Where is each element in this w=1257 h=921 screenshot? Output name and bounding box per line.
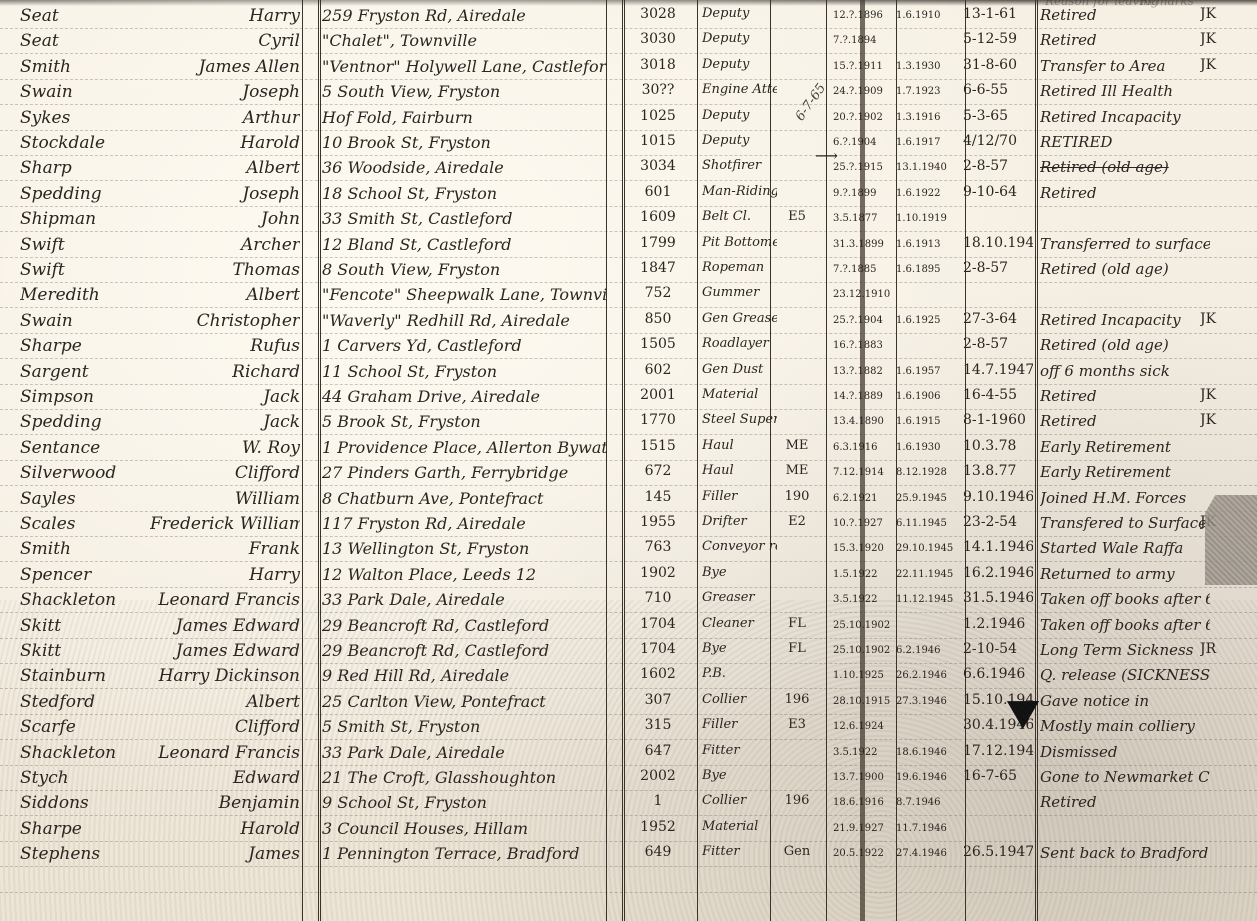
- address-cell: 10 Brook St, Fryston: [322, 133, 607, 152]
- forename-cell: Edward: [150, 768, 300, 788]
- address-cell: 13 Wellington St, Fryston: [322, 539, 607, 558]
- born-cell: 6.3.1916: [833, 442, 895, 453]
- left-cell: 8-1-1960: [963, 412, 1033, 428]
- ledger-row: SwiftArcher12 Bland St, Castleford1799Pi…: [0, 233, 1257, 259]
- entered-cell: 25.9.1945: [896, 493, 962, 504]
- number-cell: 1704: [622, 616, 694, 632]
- left-cell: 6-6-55: [963, 82, 1033, 98]
- ledger-row: StephensJames1 Pennington Terrace, Bradf…: [0, 842, 1257, 868]
- reason-cell: Retired Incapacity: [1040, 108, 1210, 126]
- born-cell: 24.?.1909: [833, 86, 895, 97]
- address-cell: 1 Providence Place, Allerton Bywater: [322, 438, 607, 457]
- ledger-row: ShackletonLeonard Francis33 Park Dale, A…: [0, 741, 1257, 767]
- grade-cell: FL: [774, 616, 820, 631]
- forename-cell: Rufus: [150, 336, 300, 356]
- ruled-line: [0, 892, 1257, 893]
- left-cell: 1.2.1946: [963, 616, 1033, 632]
- ledger-row: SeatCyril"Chalet", Townville3030Deputy7.…: [0, 29, 1257, 55]
- reason-cell: Retired: [1040, 6, 1210, 24]
- initials-cell: JR: [1200, 641, 1240, 657]
- born-cell: 6.2.1921: [833, 493, 895, 504]
- entered-cell: 26.2.1946: [896, 670, 962, 681]
- reason-cell: Transferred to surface: [1040, 235, 1210, 253]
- born-cell: 6.?.1904: [833, 137, 895, 148]
- born-cell: 12.6.1924: [833, 721, 895, 732]
- forename-cell: Leonard Francis: [150, 590, 300, 610]
- ledger-row: StockdaleHarold10 Brook St, Fryston1015D…: [0, 131, 1257, 157]
- number-cell: 1015: [622, 133, 694, 149]
- born-cell: 9.?.1899: [833, 188, 895, 199]
- address-cell: "Fencote" Sheepwalk Lane, Townville: [322, 285, 607, 304]
- born-cell: 10.?.1927: [833, 518, 895, 529]
- born-cell: 15.?.1911: [833, 61, 895, 72]
- entered-cell: 18.6.1946: [896, 747, 962, 758]
- grade-cell: FL: [774, 641, 820, 656]
- reason-cell: Gave notice in: [1040, 692, 1210, 710]
- occupation-cell: P.B.: [702, 666, 777, 681]
- entered-cell: 19.6.1946: [896, 772, 962, 783]
- address-cell: "Ventnor" Holywell Lane, Castleford: [322, 57, 607, 76]
- forename-cell: Clifford: [150, 717, 300, 737]
- born-cell: 25.10.1902: [833, 620, 895, 631]
- born-cell: 16.?.1883: [833, 340, 895, 351]
- ledger-row: ScarfeClifford5 Smith St, Fryston315Fill…: [0, 715, 1257, 741]
- born-cell: 3.5.1922: [833, 594, 895, 605]
- born-cell: 25.?.1915: [833, 162, 895, 173]
- occupation-cell: Drifter: [702, 514, 777, 529]
- ledger-row: SentanceW. Roy1 Providence Place, Allert…: [0, 436, 1257, 462]
- number-cell: 307: [622, 692, 694, 708]
- grade-cell: E3: [774, 717, 820, 732]
- occupation-cell: Deputy: [702, 133, 777, 148]
- number-cell: 1515: [622, 438, 694, 454]
- born-cell: 13.4.1890: [833, 416, 895, 427]
- ledger-row: SkittJames Edward29 Beancroft Rd, Castle…: [0, 614, 1257, 640]
- occupation-cell: Fitter: [702, 743, 777, 758]
- forename-cell: Cyril: [150, 31, 300, 51]
- reason-cell: Retired (old age): [1040, 336, 1210, 354]
- born-cell: 7.?.1885: [833, 264, 895, 275]
- reason-cell: Long Term Sickness: [1040, 641, 1210, 659]
- number-cell: 3018: [622, 57, 694, 73]
- forename-cell: William: [150, 489, 300, 509]
- number-cell: 1704: [622, 641, 694, 657]
- forename-cell: Harry Dickinson: [150, 666, 300, 686]
- address-cell: 12 Bland St, Castleford: [322, 235, 607, 254]
- address-cell: 18 School St, Fryston: [322, 184, 607, 203]
- address-cell: 29 Beancroft Rd, Castleford: [322, 641, 607, 660]
- reason-cell: RETIRED: [1040, 133, 1210, 151]
- forename-cell: Albert: [150, 285, 300, 305]
- ledger-row: SkittJames Edward29 Beancroft Rd, Castle…: [0, 639, 1257, 665]
- entered-cell: 22.11.1945: [896, 569, 962, 580]
- left-cell: 2-8-57: [963, 260, 1033, 276]
- left-cell: 16-4-55: [963, 387, 1033, 403]
- entered-cell: 11.12.1945: [896, 594, 962, 605]
- number-cell: 672: [622, 463, 694, 479]
- address-cell: 21 The Croft, Glasshoughton: [322, 768, 607, 787]
- occupation-cell: Haul: [702, 463, 777, 478]
- forename-cell: Arthur: [150, 108, 300, 128]
- address-cell: 12 Walton Place, Leeds 12: [322, 565, 607, 584]
- left-cell: 2-8-57: [963, 158, 1033, 174]
- occupation-cell: Pit Bottomer: [702, 235, 777, 250]
- born-cell: 13.?.1882: [833, 366, 895, 377]
- number-cell: 752: [622, 285, 694, 301]
- reason-cell: Dismissed: [1040, 743, 1210, 761]
- forename-cell: Clifford: [150, 463, 300, 483]
- born-cell: 7.?.1894: [833, 35, 895, 46]
- number-cell: 3034: [622, 158, 694, 174]
- address-cell: 1 Carvers Yd, Castleford: [322, 336, 607, 355]
- occupation-cell: Fitter: [702, 844, 777, 859]
- address-cell: 36 Woodside, Airedale: [322, 158, 607, 177]
- forename-cell: Harry: [150, 565, 300, 585]
- ledger-row: SaylesWilliam8 Chatburn Ave, Pontefract1…: [0, 487, 1257, 513]
- grade-cell: 196: [774, 692, 820, 707]
- left-cell: 2-8-57: [963, 336, 1033, 352]
- reason-cell: Retired: [1040, 387, 1210, 405]
- number-cell: 1: [622, 793, 694, 809]
- ledger-sheet: Reason for leaving Remarks SeatHarry259 …: [0, 0, 1257, 921]
- born-cell: 20.?.1902: [833, 112, 895, 123]
- initials-cell: JK: [1200, 57, 1240, 73]
- forename-cell: Harold: [150, 819, 300, 839]
- born-cell: 23.12.1910: [833, 289, 895, 300]
- reason-cell: Taken off books after 6 months sick: [1040, 616, 1210, 634]
- number-cell: 145: [622, 489, 694, 505]
- left-cell: 16.2.1946: [963, 565, 1033, 581]
- born-cell: 14.?.1889: [833, 391, 895, 402]
- reason-cell: Retired: [1040, 31, 1210, 49]
- born-cell: 3.5.1877: [833, 213, 895, 224]
- address-cell: 3 Council Houses, Hillam: [322, 819, 607, 838]
- reason-cell: Taken off books after 6 months sick: [1040, 590, 1210, 608]
- number-cell: 1505: [622, 336, 694, 352]
- number-cell: 1602: [622, 666, 694, 682]
- entered-cell: 1.6.1913: [896, 239, 962, 250]
- reason-cell: off 6 months sick: [1040, 362, 1210, 380]
- reason-cell: Retired (old age): [1040, 158, 1210, 176]
- grade-cell: 190: [774, 489, 820, 504]
- initials-cell: JK: [1200, 31, 1240, 47]
- address-cell: 27 Pinders Garth, Ferrybridge: [322, 463, 607, 482]
- ledger-row: SpeddingJoseph18 School St, Fryston601Ma…: [0, 182, 1257, 208]
- grade-cell: E5: [774, 209, 820, 224]
- reason-cell: Retired (old age): [1040, 260, 1210, 278]
- born-cell: 1.5.1922: [833, 569, 895, 580]
- left-cell: 5-12-59: [963, 31, 1033, 47]
- forename-cell: Jack: [150, 412, 300, 432]
- initials-cell: JK: [1200, 412, 1240, 428]
- forename-cell: James: [150, 844, 300, 864]
- address-cell: 33 Park Dale, Airedale: [322, 743, 607, 762]
- occupation-cell: Bye: [702, 641, 777, 656]
- entered-cell: 1.3.1916: [896, 112, 962, 123]
- number-cell: 2001: [622, 387, 694, 403]
- number-cell: 1952: [622, 819, 694, 835]
- address-cell: 8 Chatburn Ave, Pontefract: [322, 489, 607, 508]
- occupation-cell: Collier: [702, 692, 777, 707]
- ledger-row: SeatHarry259 Fryston Rd, Airedale3028Dep…: [0, 4, 1257, 30]
- born-cell: 31.3.1899: [833, 239, 895, 250]
- forename-cell: Thomas: [150, 260, 300, 280]
- forename-cell: Leonard Francis: [150, 743, 300, 763]
- forename-cell: Frederick William: [150, 514, 300, 534]
- reason-cell: Early Retirement: [1040, 463, 1210, 481]
- born-cell: 1.10.1925: [833, 670, 895, 681]
- number-cell: 2002: [622, 768, 694, 784]
- occupation-cell: Steel Super.: [702, 412, 777, 427]
- ledger-row: SharpeHarold3 Council Houses, Hillam1952…: [0, 817, 1257, 843]
- occupation-cell: Engine Attendant: [702, 82, 777, 97]
- entered-cell: 1.6.1910: [896, 10, 962, 21]
- forename-cell: Richard: [150, 362, 300, 382]
- born-cell: 15.3.1920: [833, 543, 895, 554]
- address-cell: 33 Smith St, Castleford: [322, 209, 607, 228]
- entered-cell: 29.10.1945: [896, 543, 962, 554]
- entered-cell: 1.3.1930: [896, 61, 962, 72]
- number-cell: 602: [622, 362, 694, 378]
- ledger-row: StedfordAlbert25 Carlton View, Pontefrac…: [0, 690, 1257, 716]
- number-cell: 30??: [622, 82, 694, 98]
- entered-cell: 27.3.1946: [896, 696, 962, 707]
- reason-cell: Transfer to Area: [1040, 57, 1210, 75]
- entered-cell: 8.7.1946: [896, 797, 962, 808]
- left-cell: 26.5.1947: [963, 844, 1033, 860]
- number-cell: 1770: [622, 412, 694, 428]
- forename-cell: W. Roy: [150, 438, 300, 458]
- forename-cell: Jack: [150, 387, 300, 407]
- occupation-cell: Greaser: [702, 590, 777, 605]
- reason-cell: Retired Incapacity: [1040, 311, 1210, 329]
- reason-cell: Transfered to Surface: [1040, 514, 1210, 532]
- address-cell: 5 South View, Fryston: [322, 82, 607, 101]
- entered-cell: 1.6.1930: [896, 442, 962, 453]
- address-cell: 259 Fryston Rd, Airedale: [322, 6, 607, 25]
- born-cell: 25.?.1904: [833, 315, 895, 326]
- forename-cell: Joseph: [150, 184, 300, 204]
- left-cell: 27-3-64: [963, 311, 1033, 327]
- grade-cell: Gen: [774, 844, 820, 859]
- forename-cell: James Edward: [150, 641, 300, 661]
- reason-cell: Returned to army: [1040, 565, 1210, 583]
- occupation-cell: Bye: [702, 565, 777, 580]
- occupation-cell: Deputy: [702, 57, 777, 72]
- born-cell: 3.5.1922: [833, 747, 895, 758]
- entered-cell: 6.11.1945: [896, 518, 962, 529]
- left-cell: 23-2-54: [963, 514, 1033, 530]
- forename-cell: James Allen: [150, 57, 300, 77]
- ledger-row: MeredithAlbert"Fencote" Sheepwalk Lane, …: [0, 283, 1257, 309]
- forename-cell: James Edward: [150, 616, 300, 636]
- arrow-mark-icon: ⟶: [815, 146, 838, 165]
- address-cell: 9 Red Hill Rd, Airedale: [322, 666, 607, 685]
- ledger-row: SpencerHarry12 Walton Place, Leeds 12190…: [0, 563, 1257, 589]
- number-cell: 850: [622, 311, 694, 327]
- number-cell: 1609: [622, 209, 694, 225]
- grade-cell: ME: [774, 438, 820, 453]
- forename-cell: Christopher: [150, 311, 300, 331]
- ledger-row: StainburnHarry Dickinson9 Red Hill Rd, A…: [0, 664, 1257, 690]
- entered-cell: 8.12.1928: [896, 467, 962, 478]
- occupation-cell: Belt Cl.: [702, 209, 777, 224]
- reason-cell: Retired: [1040, 793, 1210, 811]
- address-cell: 117 Fryston Rd, Airedale: [322, 514, 607, 533]
- forename-cell: Benjamin: [150, 793, 300, 813]
- left-cell: 14.7.1947: [963, 362, 1033, 378]
- forename-cell: Joseph: [150, 82, 300, 102]
- entered-cell: 1.6.1917: [896, 137, 962, 148]
- entered-cell: 1.6.1922: [896, 188, 962, 199]
- initials-cell: JK: [1200, 311, 1240, 327]
- ledger-row: SmithFrank13 Wellington St, Fryston763Co…: [0, 537, 1257, 563]
- number-cell: 647: [622, 743, 694, 759]
- ledger-row: SiddonsBenjamin9 School St, Fryston1Coll…: [0, 791, 1257, 817]
- ledger-row: SykesArthurHof Fold, Fairburn1025Deputy2…: [0, 106, 1257, 132]
- number-cell: 1955: [622, 514, 694, 530]
- occupation-cell: Conveyor req.: [702, 539, 777, 554]
- ledger-row: SimpsonJack44 Graham Drive, Airedale2001…: [0, 385, 1257, 411]
- forename-cell: Archer: [150, 235, 300, 255]
- address-cell: 1 Pennington Terrace, Bradford: [322, 844, 607, 863]
- reason-cell: Early Retirement: [1040, 438, 1210, 456]
- occupation-cell: Deputy: [702, 31, 777, 46]
- left-cell: 6.6.1946: [963, 666, 1033, 682]
- occupation-cell: Deputy: [702, 6, 777, 21]
- number-cell: 1025: [622, 108, 694, 124]
- number-cell: 1799: [622, 235, 694, 251]
- born-cell: 12.?.1896: [833, 10, 895, 21]
- occupation-cell: Ropeman: [702, 260, 777, 275]
- number-cell: 315: [622, 717, 694, 733]
- number-cell: 763: [622, 539, 694, 555]
- ledger-row: ShackletonLeonard Francis33 Park Dale, A…: [0, 588, 1257, 614]
- ledger-row: SwainChristopher"Waverly" Redhill Rd, Ai…: [0, 309, 1257, 335]
- occupation-cell: Gummer: [702, 285, 777, 300]
- ledger-row: SargentRichard11 School St, Fryston602Ge…: [0, 360, 1257, 386]
- occupation-cell: Collier: [702, 793, 777, 808]
- entered-cell: 1.6.1925: [896, 315, 962, 326]
- number-cell: 1902: [622, 565, 694, 581]
- forename-cell: Albert: [150, 692, 300, 712]
- number-cell: 3028: [622, 6, 694, 22]
- address-cell: 9 School St, Fryston: [322, 793, 607, 812]
- address-cell: 33 Park Dale, Airedale: [322, 590, 607, 609]
- left-cell: 5-3-65: [963, 108, 1033, 124]
- entered-cell: 1.10.1919: [896, 213, 962, 224]
- born-cell: 18.6.1916: [833, 797, 895, 808]
- born-cell: 25.10.1902: [833, 645, 895, 656]
- left-cell: 16-7-65: [963, 768, 1033, 784]
- entered-cell: 1.6.1915: [896, 416, 962, 427]
- occupation-cell: Filler: [702, 717, 777, 732]
- left-cell: 31.5.1946: [963, 590, 1033, 606]
- occupation-cell: Roadlayer: [702, 336, 777, 351]
- occupation-cell: Cleaner: [702, 616, 777, 631]
- initials-cell: JK: [1200, 387, 1240, 403]
- reason-cell: Q. release (SICKNESS): [1040, 666, 1210, 684]
- left-cell: 4/12/70: [963, 133, 1033, 149]
- address-cell: 25 Carlton View, Pontefract: [322, 692, 607, 711]
- occupation-cell: Material: [702, 387, 777, 402]
- number-cell: 601: [622, 184, 694, 200]
- ledger-row: StychEdward21 The Croft, Glasshoughton20…: [0, 766, 1257, 792]
- torn-paper-patch: [1205, 495, 1257, 585]
- reason-cell: Joined H.M. Forces: [1040, 489, 1210, 507]
- ledger-row: SwainJoseph5 South View, Fryston30??Engi…: [0, 80, 1257, 106]
- left-cell: 9-10-64: [963, 184, 1033, 200]
- left-cell: 13-1-61: [963, 6, 1033, 22]
- left-cell: 2-10-54: [963, 641, 1033, 657]
- entered-cell: 6.2.1946: [896, 645, 962, 656]
- reason-cell: Gone to Newmarket Colliery: [1040, 768, 1210, 786]
- grade-cell: E2: [774, 514, 820, 529]
- left-cell: 10.3.78: [963, 438, 1033, 454]
- reason-cell: Retired Ill Health: [1040, 82, 1210, 100]
- entered-cell: 1.6.1906: [896, 391, 962, 402]
- ledger-row: ScalesFrederick William117 Fryston Rd, A…: [0, 512, 1257, 538]
- initials-cell: JK: [1200, 6, 1240, 22]
- forename-cell: Frank: [150, 539, 300, 559]
- reason-cell: Sent back to Bradford: [1040, 844, 1210, 862]
- forename-cell: Harry: [150, 6, 300, 26]
- reason-cell: Mostly main colliery: [1040, 717, 1210, 735]
- entered-cell: 1.7.1923: [896, 86, 962, 97]
- address-cell: 29 Beancroft Rd, Castleford: [322, 616, 607, 635]
- occupation-cell: Haul: [702, 438, 777, 453]
- forename-cell: John: [150, 209, 300, 229]
- forename-cell: Albert: [150, 158, 300, 178]
- grade-cell: ME: [774, 463, 820, 478]
- left-cell: 9.10.1946: [963, 489, 1033, 505]
- entered-cell: 11.7.1946: [896, 823, 962, 834]
- occupation-cell: Shotfirer: [702, 158, 777, 173]
- reason-cell: Retired: [1040, 184, 1210, 202]
- entered-cell: 1.6.1957: [896, 366, 962, 377]
- ledger-row: SmithJames Allen"Ventnor" Holywell Lane,…: [0, 55, 1257, 81]
- address-cell: 5 Smith St, Fryston: [322, 717, 607, 736]
- left-cell: 18.10.1949: [963, 235, 1033, 251]
- born-cell: 7.12.1914: [833, 467, 895, 478]
- occupation-cell: Gen Greaser: [702, 311, 777, 326]
- left-cell: 13.8.77: [963, 463, 1033, 479]
- ledger-row: SpeddingJack5 Brook St, Fryston1770Steel…: [0, 410, 1257, 436]
- address-cell: 44 Graham Drive, Airedale: [322, 387, 607, 406]
- reason-cell: Started Wale Raffa: [1040, 539, 1210, 557]
- forename-cell: Harold: [150, 133, 300, 153]
- entered-cell: 1.6.1895: [896, 264, 962, 275]
- left-cell: 14.1.1946: [963, 539, 1033, 555]
- address-cell: 11 School St, Fryston: [322, 362, 607, 381]
- address-cell: 5 Brook St, Fryston: [322, 412, 607, 431]
- reason-cell: Retired: [1040, 412, 1210, 430]
- entered-cell: 27.4.1946: [896, 848, 962, 859]
- born-cell: 21.9.1927: [833, 823, 895, 834]
- occupation-cell: Man-Riding Haul: [702, 184, 777, 199]
- address-cell: "Chalet", Townville: [322, 31, 607, 50]
- entered-cell: 13.1.1940: [896, 162, 962, 173]
- address-cell: Hof Fold, Fairburn: [322, 108, 607, 127]
- number-cell: 710: [622, 590, 694, 606]
- ledger-row: SilverwoodClifford27 Pinders Garth, Ferr…: [0, 461, 1257, 487]
- occupation-cell: Deputy: [702, 108, 777, 123]
- address-cell: 8 South View, Fryston: [322, 260, 607, 279]
- occupation-cell: Filler: [702, 489, 777, 504]
- born-cell: 28.10.1915: [833, 696, 895, 707]
- ledger-row: ShipmanJohn33 Smith St, Castleford1609Be…: [0, 207, 1257, 233]
- address-cell: "Waverly" Redhill Rd, Airedale: [322, 311, 607, 330]
